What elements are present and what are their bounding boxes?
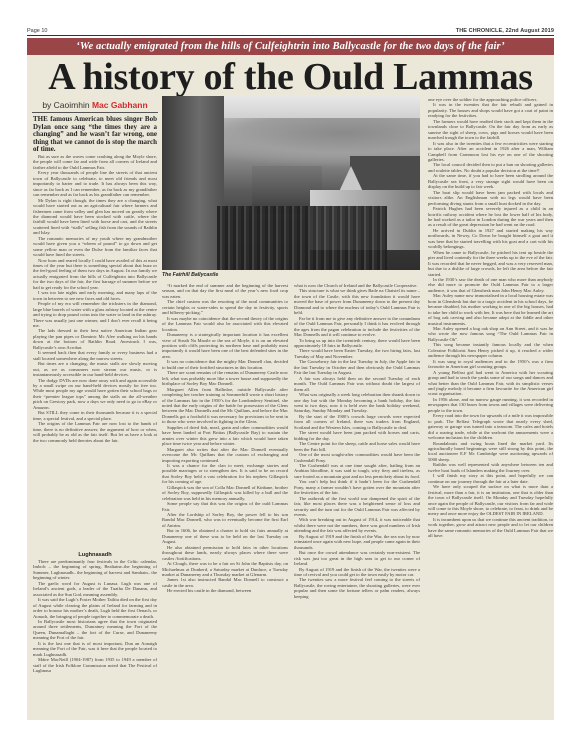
paragraph: One of the most sought-after commodities… xyxy=(294,452,420,463)
paragraph: The twenties saw a more festival feel co… xyxy=(294,577,420,599)
paragraph: There are scant remains of the remains o… xyxy=(162,370,288,386)
page-number: Page 10 xyxy=(27,28,48,34)
paragraph: Every year thousands of people line the … xyxy=(33,170,157,197)
paragraph: Máire MacNeill (1904-1987) from 1935 to … xyxy=(33,657,157,673)
paragraph: The origins of the Lammas Fair are now l… xyxy=(33,421,157,443)
paragraph: Gillaspick was the son of Colla Mac Donn… xyxy=(162,485,288,501)
paragraph: The Cushendall was at one time sought af… xyxy=(294,463,420,479)
paragraph: “It marked the end of summer and the beg… xyxy=(162,283,288,299)
paragraph: The gaelic word for August is Lunasa. Lu… xyxy=(33,581,157,597)
paragraph: At Clough, there was to be a fair on St … xyxy=(162,561,288,577)
paragraph: The boat slip would have been jam packed… xyxy=(428,190,553,206)
paragraph: In 1956 alone, and no narrow gauge runni… xyxy=(428,397,553,413)
paragraph: Every road into the town for upwards of … xyxy=(428,413,553,440)
photo-left-wall xyxy=(162,96,224,270)
paragraph: Rathlin was well represented with anywhe… xyxy=(428,462,553,473)
paragraph: With war breaking out in August of 1914,… xyxy=(294,517,420,533)
paragraph: The Gooseberry fair in the last Tuesday … xyxy=(294,359,420,375)
paragraph: The dodgy DVDs are now done away with an… xyxy=(33,378,157,411)
paragraph: But in 1606, he obtained a charter to ho… xyxy=(162,528,288,544)
article-headline: A history of the Ould Lammas Fair xyxy=(27,56,554,98)
article-column-3: what is now the Church of Ireland and th… xyxy=(294,283,420,717)
paragraph: In Ballycastle most historians agree tha… xyxy=(33,619,157,641)
page-header: Page 10 THE CHRONICLE, 22nd August 2019 xyxy=(27,28,554,38)
paragraph: This song became instantly famous locall… xyxy=(428,342,553,358)
paragraph: Some people say that this was the origin… xyxy=(162,501,288,512)
paragraph: Margaret Allen from Ballinloe, outside B… xyxy=(162,387,288,425)
author-name: Mac Gabhann xyxy=(92,100,148,110)
paragraph: But as sure as the waves come crashing a… xyxy=(33,154,157,170)
paragraph: Patrick Hughes had been severely injured… xyxy=(428,206,553,228)
paragraph: A young Belfast girl had went to America… xyxy=(428,370,553,397)
paragraph: You can’t help but think if it hadn’t be… xyxy=(294,479,420,495)
paragraph: It is the last one that is of most impor… xyxy=(33,641,157,657)
paragraph: There would have been Easter Tuesday, th… xyxy=(294,348,420,359)
paragraph: I was too late nights and early morning,… xyxy=(33,290,157,301)
paragraph: The street would have been jam packed wi… xyxy=(294,430,420,441)
paragraph: We have only scraped the surface on what… xyxy=(428,484,553,517)
paragraph: The local council decided then to put a … xyxy=(428,162,553,173)
article-column-1-lower: Lughnasadh There are predominantly four … xyxy=(33,552,157,717)
paragraph: Dunaneeny is a strategically important l… xyxy=(162,332,288,359)
paragraph: A fair was always held then on the secon… xyxy=(294,376,420,392)
byline-prefix: by Caoimhin xyxy=(42,100,89,110)
paragraph: There are predominantly four festivals i… xyxy=(33,559,157,581)
article-column-2: “It marked the end of summer and the beg… xyxy=(162,283,288,717)
header-rule xyxy=(27,35,554,36)
paragraph: He arrived in Dublin in 1927 and started… xyxy=(428,228,553,250)
paragraph: It is incumbent upon us that we continue… xyxy=(428,517,553,539)
paragraph: He erected his castle in the diamond, be… xyxy=(162,588,288,593)
paragraph: In the 1930’s saw the death of one man w… xyxy=(428,277,553,293)
paragraph: James 1st also instructed Randal Mac Don… xyxy=(162,577,288,588)
paragraph: Mac Auley name now immortalised in a loc… xyxy=(428,293,553,326)
paragraph: The lads dressed in their best native Am… xyxy=(33,328,157,350)
paragraph: I will finish my story at this point, an… xyxy=(428,473,553,484)
paragraph: Mr Dylan is right though, the times they… xyxy=(33,198,157,236)
photo-caption: The Fairhill Ballycastle xyxy=(162,271,420,279)
paragraph: Far be it from me to give any definitive… xyxy=(294,316,420,338)
paragraph: Now born and reared locally I could have… xyxy=(33,258,157,291)
article-column-1: THE famous American blues singer Bob Dyl… xyxy=(33,116,157,589)
paragraph: It was no coincidence that the mighty Ma… xyxy=(162,359,288,370)
paragraph: The farmers would have readied their sto… xyxy=(428,119,553,141)
paragraph: It was in the twenties that the fair reb… xyxy=(428,102,553,118)
paragraph: It seemed back then that every family or… xyxy=(33,350,157,361)
paragraph: Roundabouts and swing boats lined the ma… xyxy=(428,441,553,463)
paragraph: After the Lordship of Sorley Boy, the po… xyxy=(162,512,288,528)
paragraph: Supplies of dried fish, meal, grain and … xyxy=(162,425,288,447)
paragraph: What was originally a week long celebrat… xyxy=(294,392,420,414)
paragraph: But STILL they come in their thousands b… xyxy=(33,410,157,421)
paragraph: He also obtained permission to hold fair… xyxy=(162,545,288,561)
paragraph: At the same time, if you had to have bee… xyxy=(428,173,553,189)
article-column-4: one eye over the soldier for the approac… xyxy=(428,97,553,717)
paragraph: The romantic memories of my youth where … xyxy=(33,236,157,258)
paragraph: But times are a changing, the music stal… xyxy=(33,361,157,377)
publication-date: THE CHRONICLE, 22nd August 2019 xyxy=(456,28,554,34)
paragraph: This structure is what we think gives Ba… xyxy=(294,288,420,315)
paragraph: The outbreak of the first world war damp… xyxy=(294,496,420,518)
section-subhead: Lughnasadh xyxy=(33,552,157,559)
paragraph: Mac Auley opened a bog oak shop on Ann S… xyxy=(428,326,553,342)
photo-crowd xyxy=(217,206,387,270)
byline: by Caoimhin Mac Gabhann xyxy=(32,99,158,113)
paragraph: Margaret also writes that after the Mac … xyxy=(162,447,288,463)
paragraph: By August of 1919 and the finish of the … xyxy=(294,567,420,578)
paragraph: It was a chance for the clan to meet, ex… xyxy=(162,463,288,485)
paragraph: It was also in the twenties that a few e… xyxy=(428,141,553,163)
paragraph: The Centre point for the sheep, cattle a… xyxy=(294,441,420,452)
article-lede: THE famous American blues singer Bob Dyl… xyxy=(33,116,157,154)
fairhill-photo xyxy=(162,96,420,270)
paragraph: By August of 1919 and the finish of the … xyxy=(294,534,420,550)
paragraph: By the start of the 1900’s crowds large … xyxy=(294,414,420,430)
paragraph: People of my era will remember the trick… xyxy=(33,301,157,328)
pull-quote-banner: ‘We actually emigrated from the hills of… xyxy=(27,38,554,55)
paragraph: It was said the Lugh’s Foster Mother Tai… xyxy=(33,597,157,619)
paragraph: It was maybe no coincidence that the sec… xyxy=(162,316,288,332)
paragraph: When he came to Ballycastle, he pitched … xyxy=(428,250,553,277)
paragraph: The chief custom was the resorting of th… xyxy=(162,299,288,315)
paragraph: But once the crowd attendance was certai… xyxy=(294,550,420,566)
paragraph: To bring us up into the twentieth centur… xyxy=(294,338,420,349)
paragraph: It was sung to royal audiences and in th… xyxy=(428,359,553,370)
